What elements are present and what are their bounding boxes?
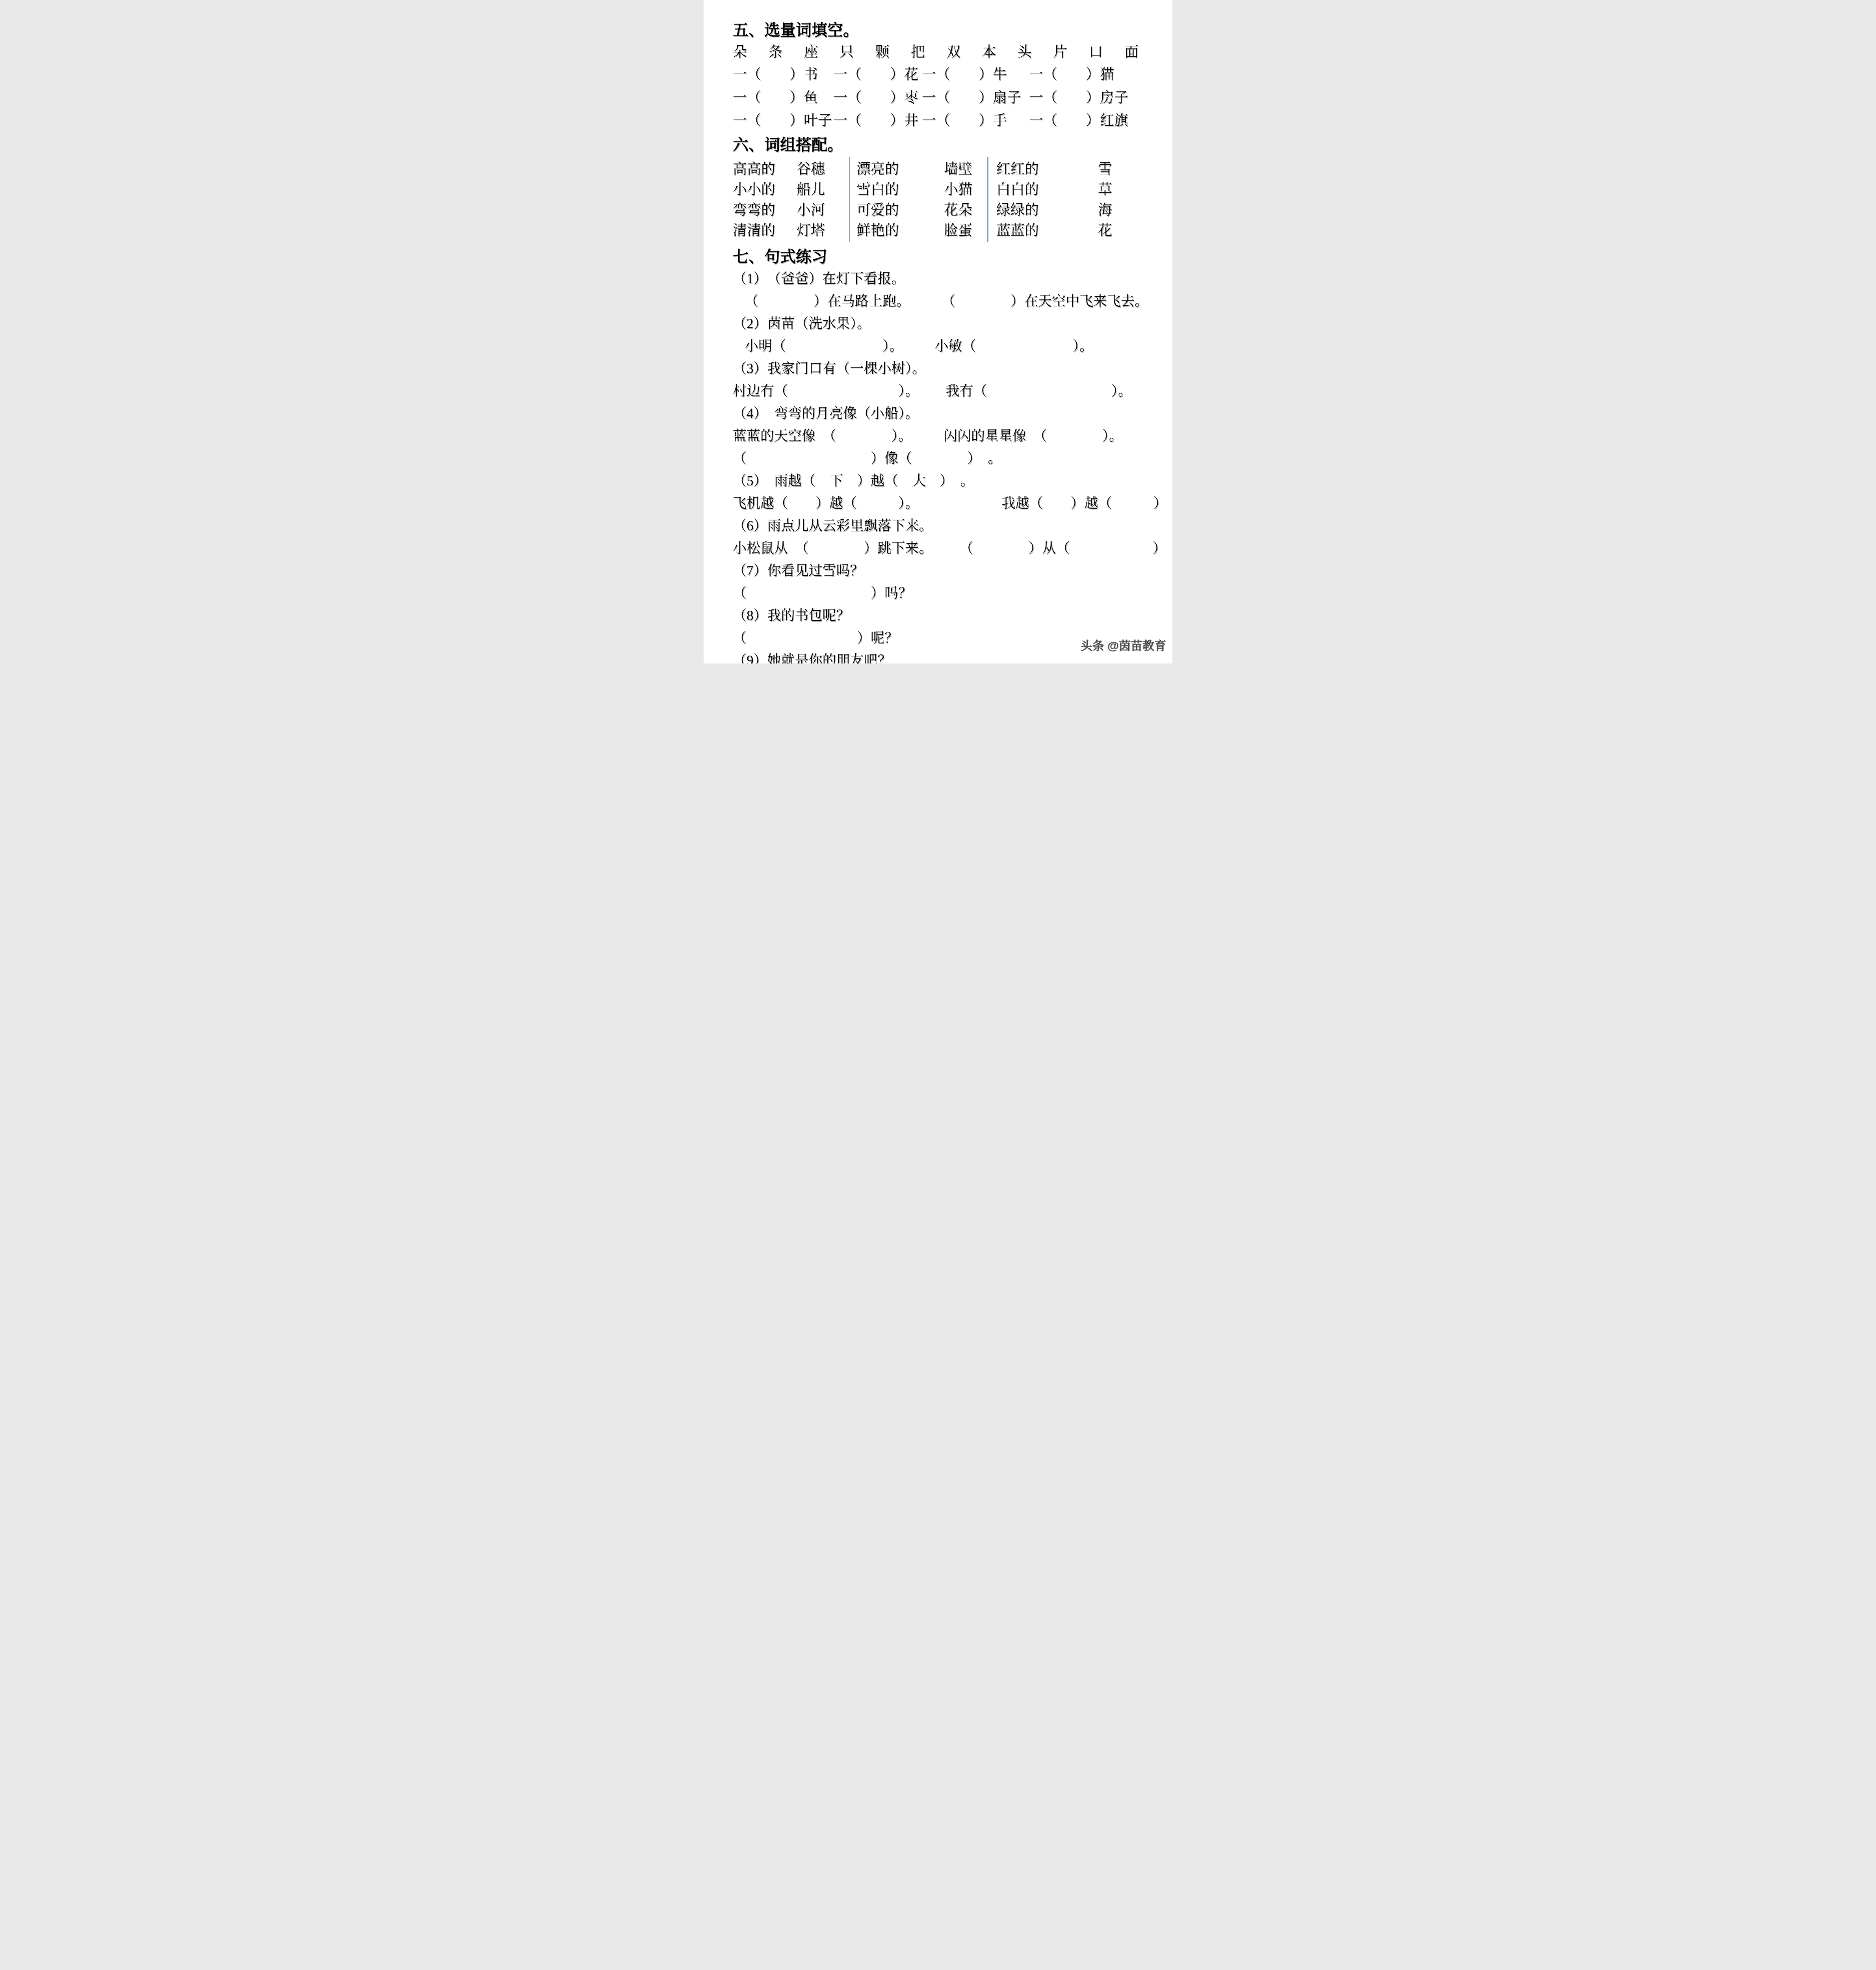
section5-title: 五、选量词填空。 — [733, 21, 1161, 39]
worksheet-page: 五、选量词填空。 朵 条 座 只 颗 把 双 本 头 片 口 面 一（ ）书 一… — [704, 0, 1172, 663]
measure-word: 本 — [982, 44, 996, 60]
match-word: 弯弯的 — [733, 200, 797, 220]
match-group: 红红的 白白的 绿绿的 蓝蓝的 雪 草 海 花 — [988, 159, 1112, 242]
exercise-line: （ ）像（ ） 。 — [733, 450, 1161, 467]
blank-phrase: 一（ ）猫 — [1029, 67, 1161, 83]
adjective-column: 漂亮的 雪白的 可爱的 鲜艳的 — [856, 159, 944, 242]
exercise-line: （5） 雨越（ 下 ）越（ 大 ） 。 — [733, 473, 1161, 489]
sentence-segment: （ ）在马路上跑。 — [745, 293, 910, 310]
exercise-line: 小松鼠从 （ ）跳下来。 （ ）从（ ） 。 — [733, 540, 1161, 557]
section-word-matching: 六、词组搭配。 高高的 小小的 弯弯的 清清的 谷穗 船儿 小河 灯塔 — [733, 136, 1161, 242]
match-word: 脸蛋 — [944, 220, 987, 241]
match-word: 雪 — [1098, 159, 1112, 179]
exercise-line: （7）你看见过雪吗？ — [733, 563, 1161, 579]
match-word: 绿绿的 — [996, 200, 1098, 220]
exercise-line: （9）她就是你的朋友吧？ — [733, 652, 1161, 663]
sentence-segment: （8）我的书包呢？ — [733, 608, 850, 624]
exercise-line: （2）茵苗（洗水果）。 — [733, 316, 1161, 332]
match-word: 蓝蓝的 — [996, 220, 1098, 241]
sentence-segment: 小明（ ）。 — [745, 338, 903, 355]
match-word: 漂亮的 — [856, 159, 944, 179]
exercise-line: 蓝蓝的天空像 （ ）。 闪闪的星星像 （ ）。 — [733, 428, 1161, 444]
blank-phrase: 一（ ）鱼 — [733, 90, 833, 106]
match-word: 花 — [1098, 220, 1112, 241]
match-group: 漂亮的 雪白的 可爱的 鲜艳的 墙壁 小猫 花朵 脸蛋 — [850, 159, 987, 242]
fill-blank-row: 一（ ）鱼 一（ ）枣 一（ ）扇子 一（ ）房子 — [733, 90, 1161, 106]
match-word: 白白的 — [996, 179, 1098, 200]
noun-column: 墙壁 小猫 花朵 脸蛋 — [944, 159, 987, 242]
sentence-segment: 我越（ ）越（ ） 。 — [1002, 495, 1172, 512]
measure-word: 头 — [1018, 44, 1032, 60]
sentence-segment: （4） 弯弯的月亮像（小船）。 — [733, 405, 919, 422]
match-word: 雪白的 — [856, 179, 944, 200]
exercise-line: 飞机越（ ）越（ ）。 我越（ ）越（ ） 。 — [733, 495, 1161, 512]
exercise-line: （1） （爸爸）在灯下看报。 — [733, 271, 1161, 287]
measure-word: 朵 — [733, 44, 747, 60]
sentence-segment: （7）你看见过雪吗？ — [733, 563, 864, 579]
sentence-segment: （5） 雨越（ 下 ）越（ 大 ） 。 — [733, 473, 974, 489]
sentence-segment: 小敏（ ）。 — [935, 338, 1094, 355]
match-word: 红红的 — [996, 159, 1098, 179]
noun-column: 雪 草 海 花 — [1098, 159, 1112, 242]
measure-word: 把 — [911, 44, 925, 60]
sentence-segment: 我有（ ）。 — [946, 383, 1132, 400]
measure-word: 片 — [1053, 44, 1067, 60]
measure-word: 只 — [840, 44, 854, 60]
measure-word: 双 — [946, 44, 960, 60]
sentence-segment: （1） （爸爸）在灯下看报。 — [733, 271, 905, 287]
exercise-line: 村边有（ ）。 我有（ ）。 — [733, 383, 1161, 400]
sentence-segment: （3）我家门口有（一棵小树）。 — [733, 361, 926, 377]
match-word: 谷穗 — [797, 159, 849, 179]
exercise-line: （ ）在马路上跑。 （ ）在天空中飞来飞去。 — [745, 293, 1161, 310]
measure-word: 座 — [804, 44, 818, 60]
match-word: 花朵 — [944, 200, 987, 220]
exercise-line: （ ）吗？ — [733, 585, 1161, 602]
match-word: 船儿 — [797, 179, 849, 200]
sentence-segment: （ ）在天空中飞来飞去。 — [942, 293, 1148, 310]
section7-title: 七、句式练习 — [733, 248, 1161, 266]
word-matching-area: 高高的 小小的 弯弯的 清清的 谷穗 船儿 小河 灯塔 漂亮的 雪白的 可爱的 — [733, 159, 1161, 242]
match-word: 高高的 — [733, 159, 797, 179]
blank-phrase: 一（ ）枣 — [833, 90, 922, 106]
sentence-segment: （ ）像（ ） 。 — [733, 450, 1002, 467]
sentence-segment: （ ）从（ ） 。 — [960, 540, 1172, 557]
measure-word: 条 — [768, 44, 782, 60]
blank-phrase: 一（ ）井 — [833, 113, 922, 129]
match-word: 清清的 — [733, 220, 797, 241]
sentence-segment: 村边有（ ）。 — [733, 383, 919, 400]
match-word: 小河 — [797, 200, 849, 220]
section6-title: 六、词组搭配。 — [733, 136, 1161, 154]
blank-phrase: 一（ ）手 — [922, 113, 1029, 129]
sentence-segment: 飞机越（ ）越（ ）。 — [733, 495, 919, 512]
blank-phrase: 一（ ）书 — [733, 67, 833, 83]
match-group: 高高的 小小的 弯弯的 清清的 谷穗 船儿 小河 灯塔 — [733, 159, 849, 242]
adjective-column: 高高的 小小的 弯弯的 清清的 — [733, 159, 797, 242]
exercise-line: （6）雨点儿从云彩里飘落下来。 — [733, 518, 1161, 534]
match-word: 小猫 — [944, 179, 987, 200]
exercise-line: 小明（ ）。 小敏（ ）。 — [745, 338, 1161, 355]
match-word: 墙壁 — [944, 159, 987, 179]
blank-phrase: 一（ ）牛 — [922, 67, 1029, 83]
blank-phrase: 一（ ）叶子 — [733, 113, 833, 129]
fill-blank-row: 一（ ）书 一（ ）花 一（ ）牛 一（ ）猫 — [733, 67, 1161, 83]
match-word: 鲜艳的 — [856, 220, 944, 241]
blank-phrase: 一（ ）花 — [833, 67, 922, 83]
exercise-line: （3）我家门口有（一棵小树）。 — [733, 361, 1161, 377]
match-word: 可爱的 — [856, 200, 944, 220]
measure-word: 面 — [1124, 44, 1139, 60]
sentence-segment: （6）雨点儿从云彩里飘落下来。 — [733, 518, 933, 534]
match-word: 海 — [1098, 200, 1112, 220]
blank-phrase: 一（ ）房子 — [1029, 90, 1161, 106]
noun-column: 谷穗 船儿 小河 灯塔 — [797, 159, 849, 242]
measure-word: 口 — [1089, 44, 1103, 60]
adjective-column: 红红的 白白的 绿绿的 蓝蓝的 — [996, 159, 1098, 242]
measure-word-bank: 朵 条 座 只 颗 把 双 本 头 片 口 面 — [733, 44, 1139, 60]
watermark: 头条 @茵苗教育 — [1080, 636, 1166, 653]
measure-word: 颗 — [875, 44, 889, 60]
sentence-segment: 闪闪的星星像 （ ）。 — [944, 428, 1123, 444]
sentence-segment: 蓝蓝的天空像 （ ）。 — [733, 428, 912, 444]
match-word: 小小的 — [733, 179, 797, 200]
match-word: 草 — [1098, 179, 1112, 200]
sentence-segment: （ ）吗？ — [733, 585, 912, 602]
exercise-line: （8）我的书包呢？ — [733, 608, 1161, 624]
section-measure-words: 五、选量词填空。 朵 条 座 只 颗 把 双 本 头 片 口 面 一（ ）书 一… — [733, 21, 1161, 129]
blank-phrase: 一（ ）红旗 — [1029, 113, 1161, 129]
sentence-segment: （9）她就是你的朋友吧？ — [733, 652, 892, 663]
sentence-segment: （2）茵苗（洗水果）。 — [733, 316, 871, 332]
match-word: 灯塔 — [797, 220, 849, 241]
exercise-line: （4） 弯弯的月亮像（小船）。 — [733, 405, 1161, 422]
blank-phrase: 一（ ）扇子 — [922, 90, 1029, 106]
sentence-segment: （ ）呢？ — [733, 630, 898, 647]
section-sentence-practice: 七、句式练习 （1） （爸爸）在灯下看报。 （ ）在马路上跑。 （ ）在天空中飞… — [733, 248, 1161, 663]
fill-blank-row: 一（ ）叶子 一（ ）井 一（ ）手 一（ ）红旗 — [733, 113, 1161, 129]
sentence-segment: 小松鼠从 （ ）跳下来。 — [733, 540, 933, 557]
